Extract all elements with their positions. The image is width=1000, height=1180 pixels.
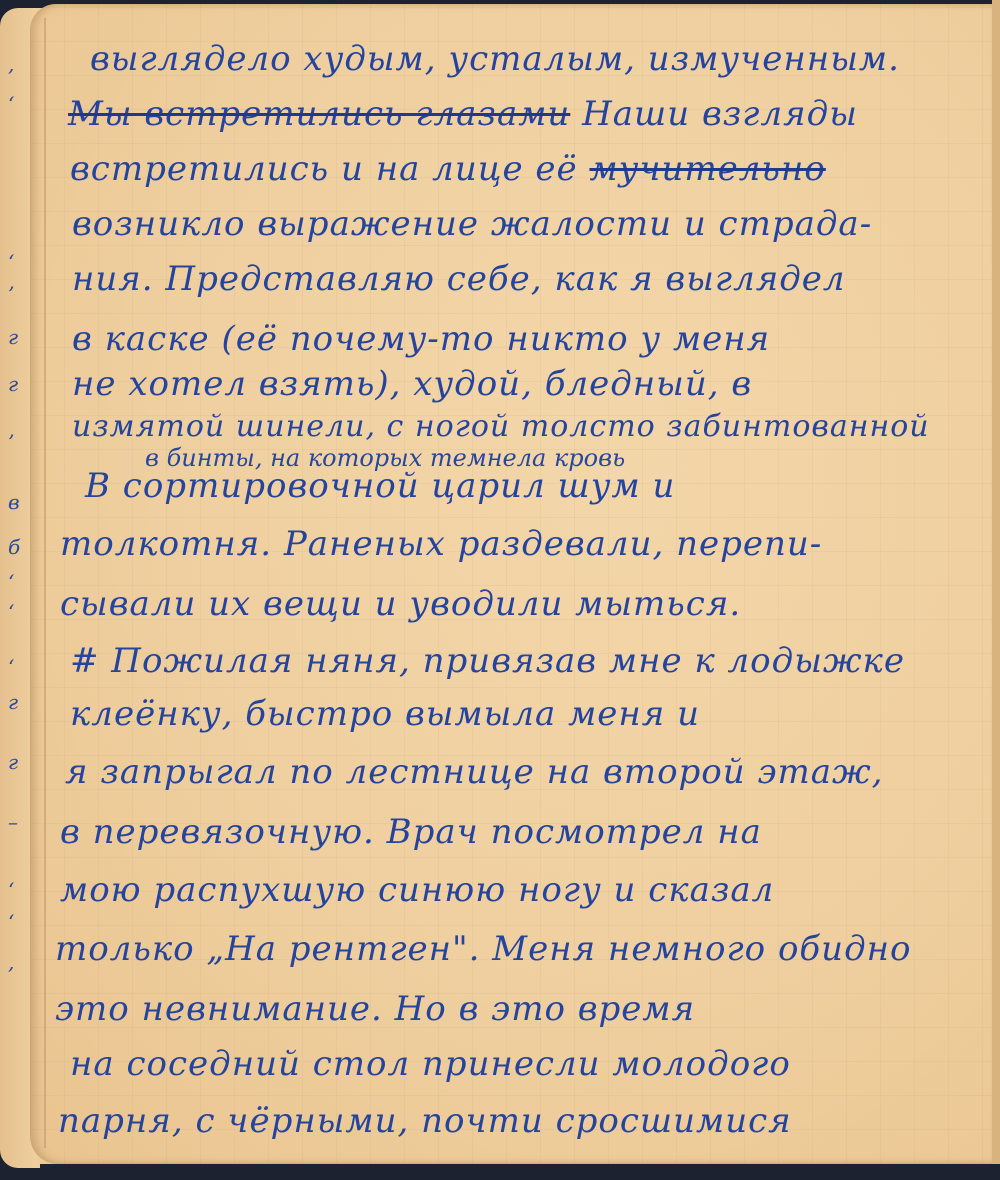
handwritten-line-4: возникло выражение жалости и страда- — [72, 204, 872, 244]
page-fold-line — [44, 18, 46, 1148]
handwritten-line-19: на соседний стол принесли молодого — [70, 1044, 791, 1084]
handwritten-line-8: измятой шинели, с ногой толсто забинтова… — [72, 409, 930, 444]
margin-mark: ʻ — [8, 92, 14, 116]
margin-mark: г — [8, 750, 18, 774]
line-text: в перевязочную. Врач посмотрел на — [60, 812, 762, 852]
line-text: не хотел взять), худой, бледный, в — [72, 364, 752, 404]
line-text: только „На рентген". Меня немного обидно — [55, 929, 911, 969]
struck-text: мучительно — [589, 149, 825, 189]
handwritten-line-10: толкотня. Раненых раздевали, перепи- — [60, 524, 822, 564]
handwritten-line-14: я запрыгал по лестнице на второй этаж, — [65, 752, 884, 792]
handwritten-line-1: выглядело худым, усталым, измученным. — [90, 39, 900, 79]
line-text: измятой шинели, с ногой толсто забинтова… — [72, 409, 930, 444]
handwritten-line-6: в каске (её почему-то никто у меня — [72, 319, 770, 359]
handwritten-line-12: # Пожилая няня, привязав мне к лодыжке — [70, 641, 905, 681]
margin-mark: , — [8, 950, 14, 974]
line-text: встретились и на лице её — [70, 149, 589, 189]
line-text: выглядело худым, усталым, измученным. — [90, 39, 900, 79]
margin-mark: ’ — [8, 430, 14, 454]
page-bottom-shadow — [40, 1164, 1000, 1180]
line-text: ния. Представляю себе, как я выглядел — [72, 259, 846, 299]
margin-mark: – — [8, 810, 18, 834]
handwritten-line-11: сывали их вещи и уводили мыться. — [60, 584, 741, 624]
line-text: клеёнку, быстро вымыла меня и — [70, 694, 700, 734]
margin-mark: ‘ — [8, 250, 14, 274]
handwritten-line-7: не хотел взять), худой, бледный, в — [72, 364, 752, 404]
line-text: толкотня. Раненых раздевали, перепи- — [60, 524, 822, 564]
margin-mark: б — [8, 535, 20, 559]
margin-mark: ‘ — [8, 655, 14, 679]
line-text: # Пожилая няня, привязав мне к лодыжке — [70, 641, 905, 681]
handwritten-line-9: В сортировочной царил шум и — [85, 466, 675, 506]
notebook-scan: , ʻ ‘ ’ г г ’ в б ‘ ‘ ‘ г г – ‘ ‘ , выгл… — [0, 0, 1000, 1180]
margin-mark: ‘ — [8, 910, 14, 934]
handwritten-line-18: это невнимание. Но в это время — [55, 989, 695, 1029]
handwritten-line-20: парня, с чёрными, почти сросшимися — [58, 1101, 792, 1141]
notebook-page: выглядело худым, усталым, измученным. Мы… — [30, 4, 996, 1164]
handwritten-line-13: клеёнку, быстро вымыла меня и — [70, 694, 700, 734]
margin-mark: ‘ — [8, 570, 14, 594]
handwritten-line-5: ния. Представляю себе, как я выглядел — [72, 259, 846, 299]
handwritten-line-3: встретились и на лице её мучительно — [70, 149, 826, 189]
line-text: я запрыгал по лестнице на второй этаж, — [65, 752, 884, 792]
margin-mark: г — [8, 372, 18, 396]
margin-mark: , — [8, 52, 14, 76]
handwritten-line-17: только „На рентген". Меня немного обидно — [55, 929, 911, 969]
margin-mark: г — [8, 325, 18, 349]
line-text: парня, с чёрными, почти сросшимися — [58, 1101, 792, 1141]
line-text: в каске (её почему-то никто у меня — [72, 319, 770, 359]
struck-text: Мы встретились глазами — [68, 94, 570, 134]
line-text: мою распухшую синюю ногу и сказал — [60, 870, 774, 910]
margin-mark: ‘ — [8, 600, 14, 624]
margin-mark: ’ — [8, 282, 14, 306]
line-text: В сортировочной царил шум и — [85, 466, 675, 506]
handwritten-line-2: Мы встретились глазами Наши взгляды — [68, 94, 858, 134]
handwritten-line-15: в перевязочную. Врач посмотрел на — [60, 812, 762, 852]
page-right-edge — [992, 0, 1000, 1180]
handwritten-line-16: мою распухшую синюю ногу и сказал — [60, 870, 774, 910]
margin-mark: г — [8, 690, 18, 714]
margin-mark: ‘ — [8, 878, 14, 902]
line-text: на соседний стол принесли молодого — [70, 1044, 791, 1084]
line-text: это невнимание. Но в это время — [55, 989, 695, 1029]
margin-mark: в — [8, 490, 20, 514]
line-text: возникло выражение жалости и страда- — [72, 204, 872, 244]
line-text: Наши взгляды — [570, 94, 858, 134]
line-text: сывали их вещи и уводили мыться. — [60, 584, 741, 624]
